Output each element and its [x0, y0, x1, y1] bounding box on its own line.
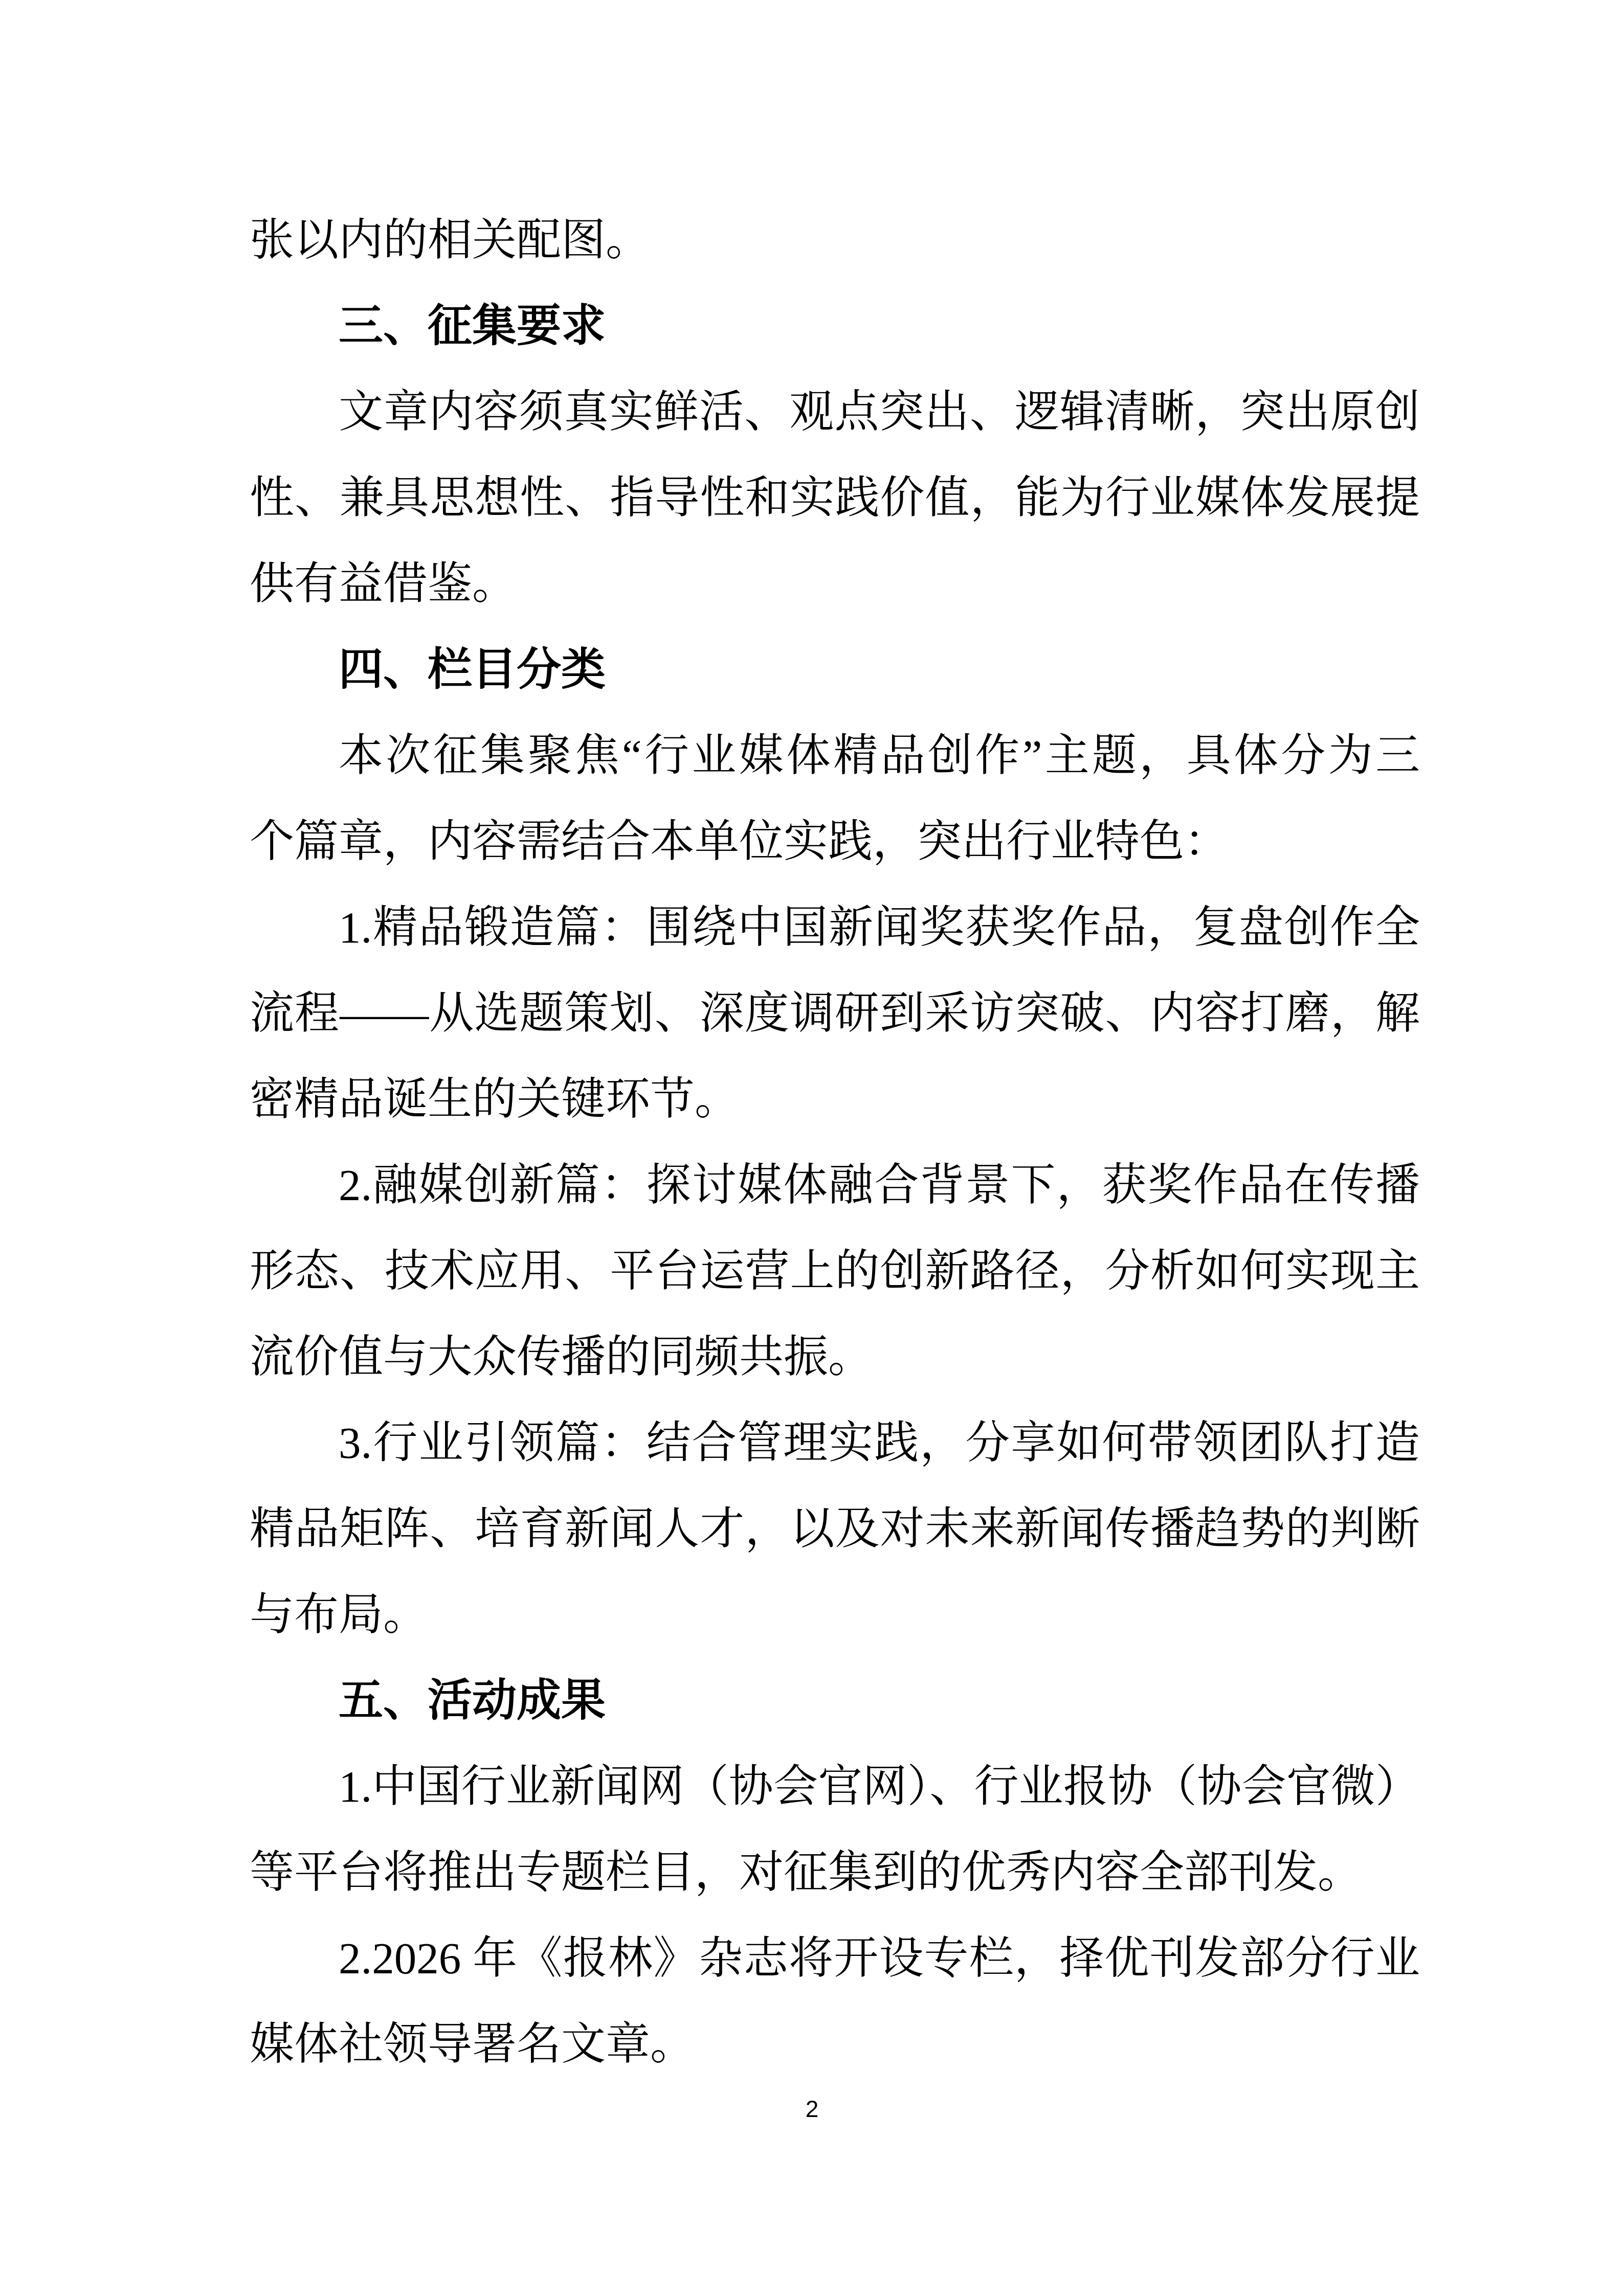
text-line: 形态、技术应用、平台运营上的创新路径，分析如何实现主: [250, 1228, 1420, 1314]
text-line: 供有益借鉴。: [250, 541, 1420, 627]
text-content: 张以内的相关配图。三、征集要求文章内容须真实鲜活、观点突出、逻辑清晰，突出原创性…: [250, 197, 1420, 2087]
document-page: 张以内的相关配图。三、征集要求文章内容须真实鲜活、观点突出、逻辑清晰，突出原创性…: [0, 0, 1624, 2296]
text-line: 2.2026 年《报林》杂志将开设专栏，择优刊发部分行业: [250, 1916, 1420, 2001]
section-heading: 三、征集要求: [250, 283, 1420, 369]
text-line: 1.中国行业新闻网（协会官网）、行业报协（协会官微）: [250, 1744, 1420, 1830]
text-line: 1.精品锻造篇：围绕中国新闻奖获奖作品，复盘创作全: [250, 885, 1420, 971]
text-line: 文章内容须真实鲜活、观点突出、逻辑清晰，突出原创: [250, 369, 1420, 455]
section-heading: 四、栏目分类: [250, 627, 1420, 713]
page-number: 2: [0, 2092, 1624, 2125]
text-line: 流程——从选题策划、深度调研到采访突破、内容打磨，解: [250, 971, 1420, 1056]
text-line: 流价值与大众传播的同频共振。: [250, 1314, 1420, 1400]
text-line: 张以内的相关配图。: [250, 197, 1420, 283]
text-line: 2.融媒创新篇：探讨媒体融合背景下，获奖作品在传播: [250, 1142, 1420, 1228]
text-line: 精品矩阵、培育新闻人才，以及对未来新闻传播趋势的判断: [250, 1486, 1420, 1572]
text-line: 个篇章，内容需结合本单位实践，突出行业特色：: [250, 799, 1420, 885]
text-line: 本次征集聚焦“行业媒体精品创作”主题，具体分为三: [250, 713, 1420, 799]
text-line: 等平台将推出专题栏目，对征集到的优秀内容全部刊发。: [250, 1830, 1420, 1916]
text-line: 媒体社领导署名文章。: [250, 2001, 1420, 2087]
text-line: 3.行业引领篇：结合管理实践，分享如何带领团队打造: [250, 1400, 1420, 1486]
text-line: 性、兼具思想性、指导性和实践价值，能为行业媒体发展提: [250, 455, 1420, 541]
section-heading: 五、活动成果: [250, 1658, 1420, 1744]
text-line: 与布局。: [250, 1572, 1420, 1658]
text-line: 密精品诞生的关键环节。: [250, 1056, 1420, 1142]
